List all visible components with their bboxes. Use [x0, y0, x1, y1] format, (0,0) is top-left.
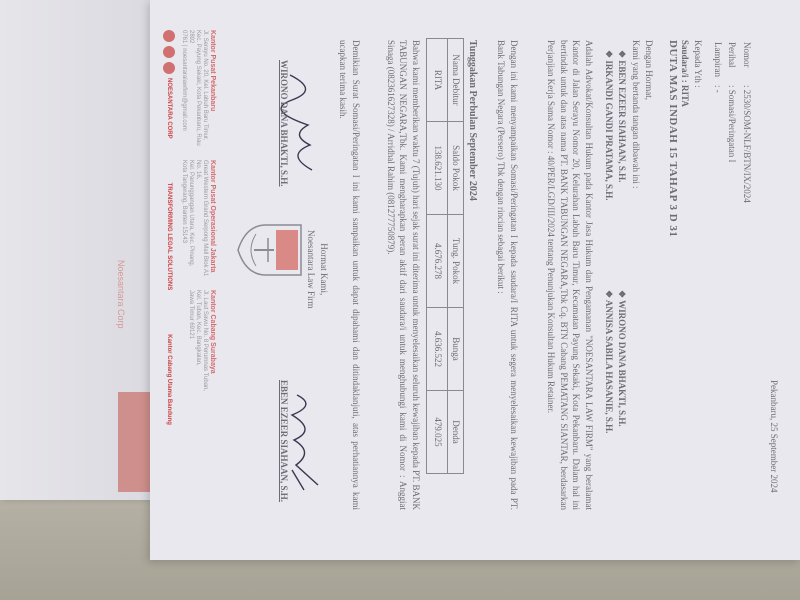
col-principal-arrears: Tung. Pokok [448, 215, 464, 308]
logo-icon [163, 62, 175, 74]
closing-block: Hormat Kami, Noesantara Law Firm [305, 230, 330, 308]
recipient-block: Kepada Yth : Saudara/i : RITA DUTA MAS I… [667, 40, 705, 237]
col-debtor: Nama Debitur [448, 39, 464, 122]
office-jakarta: Kantor Pusat Operasional Jakarta Great W… [180, 160, 216, 280]
recipient-to: Kepada Yth : [692, 40, 705, 237]
meta-row-number: Nomor: 2530/SOM-NLF/BTN/IX/2024 [741, 42, 754, 209]
signer: ANNISA SABILA HASANIE, S.H. [603, 290, 616, 530]
letterhead-footer: Kantor Pusat Pekanbaru Jl. Serayu No. 20… [180, 30, 216, 530]
signatory-name: WIRONO DANA BHAKTI, S.H. [278, 60, 291, 187]
intro: Kami yang bertanda tangan dibawah ini : [630, 40, 643, 188]
arrears-table-title: Tunggakan Perbulan September 2024 [466, 40, 479, 201]
signature-block-right: EBEN EZEER SIAHAAN, S.H. [278, 380, 291, 502]
signers-left: EBEN EZEER SIAHAAN, S.H. IRKANDI GANDI P… [603, 50, 628, 290]
paragraph-closing: Demikian Surat Somasi/Peringatan I ini k… [337, 40, 362, 510]
signer: IRKANDI GANDI PRATAMA, S.H. [603, 50, 616, 290]
arrears-table: Nama Debitur Saldo Pokok Tung. Pokok Bun… [427, 38, 465, 474]
table-row: RITA 138.621.130 4.676.278 4.636.522 479… [427, 39, 448, 474]
recipient-address: DUTA MAS INDAH 15 TAHAP 3 D 31 [667, 40, 680, 237]
letter-sheet: Pekanbaru, 25 September 2024 Nomor: 2530… [150, 0, 800, 560]
firm-name: Noesantara Law Firm [305, 230, 318, 308]
office-bandung: Kantor Cabang Utama Bandung [163, 334, 176, 425]
signature-block-left: WIRONO DANA BHAKTI, S.H. [278, 60, 291, 187]
col-principal-balance: Saldo Pokok [448, 122, 464, 215]
paragraph-deadline: Bahwa kami memberikan waktu 7 (Tujuh) ha… [385, 40, 423, 510]
signers-right: WIRONO DANA BHAKTI, S.H. ANNISA SABILA H… [603, 290, 628, 530]
footer-logos: NOESANTARA CORP TRANSFORMING LEGAL SOLUT… [163, 30, 176, 425]
footer-tagline: TRANSFORMING LEGAL SOLUTIONS [163, 183, 176, 291]
office-pekanbaru: Kantor Pusat Pekanbaru Jl. Serayu No. 20… [180, 30, 216, 150]
place-date: Pekanbaru, 25 September 2024 [768, 380, 781, 492]
signatory-name: EBEN EZEER SIAHAAN, S.H. [278, 380, 291, 502]
col-interest: Bunga [448, 308, 464, 391]
back-sheet-brand: Noesantara Corp [116, 260, 126, 329]
meta-row-attachment: Lampiran: - [712, 42, 725, 209]
office-surabaya: Kantor Cabang Surabaya Jl. Laut Sawu No.… [180, 290, 216, 410]
logo-icon [163, 30, 175, 42]
paragraph-notice: Dengan ini kami menyampaikan Somasi/Peri… [495, 40, 520, 510]
greeting-block: Dengan Hormat, Kami yang bertanda tangan… [630, 40, 655, 188]
greeting: Dengan Hormat, [643, 40, 656, 188]
footer-brand: NOESANTARA CORP [163, 78, 176, 139]
signer: WIRONO DANA BHAKTI, S.H. [616, 290, 629, 530]
logo-icon [163, 46, 175, 58]
signer: EBEN EZEER SIAHAAN, S.H. [616, 50, 629, 290]
col-penalty: Denda [448, 391, 464, 474]
recipient-name: Saudara/i : RITA [679, 40, 692, 237]
closing-salutation: Hormat Kami, [318, 230, 331, 308]
signers-list: EBEN EZEER SIAHAAN, S.H. IRKANDI GANDI P… [603, 50, 628, 530]
paragraph-representation: Adalah Advokat/Konsultan Hukum pada Kant… [545, 40, 595, 510]
table-header-row: Nama Debitur Saldo Pokok Tung. Pokok Bun… [448, 39, 464, 474]
letter-page: Pekanbaru, 25 September 2024 Nomor: 2530… [150, 0, 800, 560]
firm-seal-icon [236, 220, 306, 280]
meta-row-subject: Perihal: Somasi/Peringatan I [726, 42, 739, 209]
letter-meta: Nomor: 2530/SOM-NLF/BTN/IX/2024 Perihal:… [710, 40, 756, 211]
underlying-letter-sheet: Noesantara Corp [0, 0, 175, 500]
